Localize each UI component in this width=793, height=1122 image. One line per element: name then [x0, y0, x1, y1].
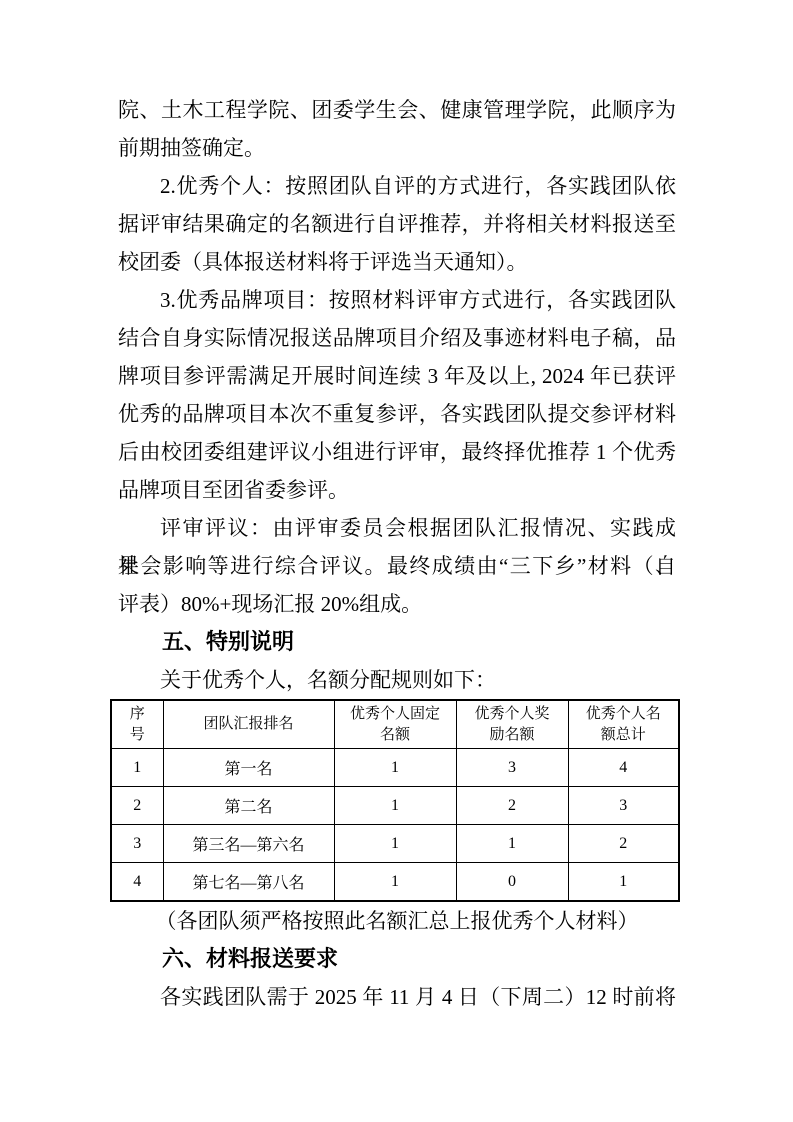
quota-table-header-row: 序号 团队汇报排名 优秀个人固定名额 优秀个人奖励名额 优秀个人名额总计: [111, 700, 679, 749]
body-text-line: 品牌项目至团省委参评。: [118, 471, 676, 509]
table-cell: 1: [334, 863, 456, 902]
body-text-line: 据评审结果确定的名额进行自评推荐，并将相关材料报送至: [118, 205, 676, 243]
quota-table-header-reward-quota: 优秀个人奖励名额: [456, 700, 568, 749]
table-row: 1 第一名 1 3 4: [111, 749, 679, 787]
table-cell: 0: [456, 863, 568, 902]
quota-table: 序号 团队汇报排名 优秀个人固定名额 优秀个人奖励名额 优秀个人名额总计 1 第…: [110, 699, 680, 902]
body-text-line: 后由校团委组建评议小组进行评审，最终择优推荐 1 个优秀: [118, 433, 676, 471]
section-6-heading: 六、材料报送要求: [118, 940, 676, 978]
quota-table-note: （各团队须严格按照此名额汇总上报优秀个人材料）: [118, 902, 676, 940]
table-cell: 4: [568, 749, 679, 787]
table-cell: 第二名: [163, 787, 334, 825]
table-cell: 1: [568, 863, 679, 902]
table-row: 4 第七名—第八名 1 0 1: [111, 863, 679, 902]
table-cell: 3: [111, 825, 163, 863]
table-cell: 3: [568, 787, 679, 825]
body-text-line: 院、土木工程学院、团委学生会、健康管理学院，此顺序为: [118, 91, 676, 129]
body-text-line: 3.优秀品牌项目：按照材料评审方式进行，各实践团队: [118, 281, 676, 319]
section-5-heading: 五、特别说明: [118, 623, 676, 661]
section-6-body-line: 各实践团队需于 2025 年 11 月 4 日（下周二）12 时前将: [118, 978, 676, 1016]
table-cell: 1: [334, 749, 456, 787]
table-cell: 第三名—第六名: [163, 825, 334, 863]
table-cell: 2: [456, 787, 568, 825]
quota-table-header-index: 序号: [111, 700, 163, 749]
quota-table-header-fixed-quota: 优秀个人固定名额: [334, 700, 456, 749]
table-cell: 2: [568, 825, 679, 863]
section-5-intro-line: 关于优秀个人，名额分配规则如下：: [118, 661, 676, 699]
body-text-line: 牌项目参评需满足开展时间连续 3 年及以上, 2024 年已获评: [118, 357, 676, 395]
table-cell: 1: [334, 787, 456, 825]
table-row: 2 第二名 1 2 3: [111, 787, 679, 825]
table-cell: 第七名—第八名: [163, 863, 334, 902]
body-text-line: 社会影响等进行综合评议。最终成绩由“三下乡”材料（自: [118, 547, 676, 585]
body-text-line: 结合自身实际情况报送品牌项目介绍及事迹材料电子稿，品: [118, 319, 676, 357]
body-text-line: 校团委（具体报送材料将于评选当天通知）。: [118, 243, 676, 281]
document-page: 院、土木工程学院、团委学生会、健康管理学院，此顺序为 前期抽签确定。 2.优秀个…: [0, 0, 793, 1122]
document-content: 院、土木工程学院、团委学生会、健康管理学院，此顺序为 前期抽签确定。 2.优秀个…: [118, 91, 676, 1016]
table-cell: 2: [111, 787, 163, 825]
table-cell: 第一名: [163, 749, 334, 787]
quota-table-header-rank: 团队汇报排名: [163, 700, 334, 749]
table-row: 3 第三名—第六名 1 1 2: [111, 825, 679, 863]
table-cell: 1: [334, 825, 456, 863]
quota-table-header-total-quota: 优秀个人名额总计: [568, 700, 679, 749]
body-text-line: 优秀的品牌项目本次不重复参评，各实践团队提交参评材料: [118, 395, 676, 433]
body-text-line: 评审评议：由评审委员会根据团队汇报情况、实践成果、: [118, 509, 676, 547]
table-cell: 1: [111, 749, 163, 787]
body-text-line: 前期抽签确定。: [118, 129, 676, 167]
body-text-line: 2.优秀个人：按照团队自评的方式进行，各实践团队依: [118, 167, 676, 205]
table-cell: 4: [111, 863, 163, 902]
body-text-line: 评表）80%+现场汇报 20%组成。: [118, 585, 676, 623]
table-cell: 3: [456, 749, 568, 787]
table-cell: 1: [456, 825, 568, 863]
